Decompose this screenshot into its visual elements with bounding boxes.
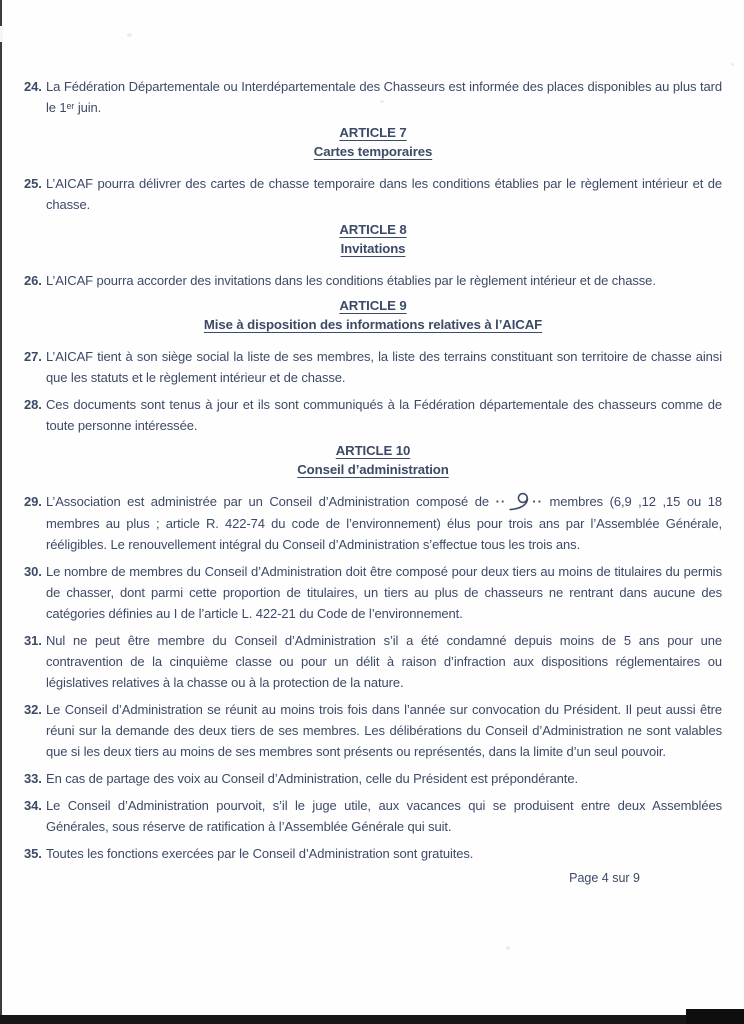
item-number: 33.	[24, 768, 45, 789]
item-number: 25.	[24, 173, 45, 215]
article-title: ARTICLE 8	[24, 221, 722, 240]
list-item: 26. L’AICAF pourra accorder des invitati…	[24, 270, 722, 291]
article-subtitle: Cartes temporaires	[24, 143, 722, 162]
list-item: 28. Ces documents sont tenus à jour et i…	[24, 394, 722, 436]
article-heading: ARTICLE 9 Mise à disposition des informa…	[24, 297, 722, 334]
item-text: L’AICAF pourra accorder des invitations …	[45, 270, 722, 291]
item-number: 27.	[24, 346, 45, 388]
list-item: 27. L’AICAF tient à son siège social la …	[24, 346, 722, 388]
item-number: 26.	[24, 270, 45, 291]
article-subtitle: Conseil d’administration	[24, 461, 722, 480]
list-item: 31. Nul ne peut être membre du Conseil d…	[24, 630, 722, 693]
item-number: 28.	[24, 394, 45, 436]
item-text: L’AICAF pourra délivrer des cartes de ch…	[45, 173, 722, 215]
item-number: 34.	[24, 795, 45, 837]
article-title: ARTICLE 10	[24, 442, 722, 461]
item-number: 30.	[24, 561, 45, 624]
article-title: ARTICLE 9	[24, 297, 722, 316]
dotted-line: ··	[496, 494, 507, 509]
article-heading: ARTICLE 7 Cartes temporaires	[24, 124, 722, 161]
scan-artifact-bottom-bar-right	[686, 1009, 744, 1024]
article-subtitle: Mise à disposition des informations rela…	[24, 316, 722, 335]
article-heading: ARTICLE 8 Invitations	[24, 221, 722, 258]
item-text: Ces documents sont tenus à jour et ils s…	[45, 394, 722, 436]
article-subtitle: Invitations	[24, 240, 722, 259]
list-item: 25. L’AICAF pourra délivrer des cartes d…	[24, 173, 722, 215]
list-item: 24. La Fédération Départementale ou Inte…	[24, 76, 722, 118]
item-text: En cas de partage des voix au Conseil d’…	[45, 768, 722, 789]
scan-speck	[506, 946, 510, 950]
item-number: 35.	[24, 843, 45, 864]
handwritten-nine-icon	[507, 491, 531, 513]
item-text: Le Conseil d’Administration pourvoit, s’…	[45, 795, 722, 837]
scanned-document-page: 24. La Fédération Départementale ou Inte…	[0, 0, 744, 1024]
item-text: L’Association est administrée par un Con…	[45, 491, 722, 555]
list-item: 29. L’Association est administrée par un…	[24, 491, 722, 555]
item-text: Nul ne peut être membre du Conseil d’Adm…	[45, 630, 722, 693]
scan-artifact-left-notch	[0, 26, 3, 42]
page-footer: Page 4 sur 9	[0, 870, 744, 886]
list-item: 32. Le Conseil d’Administration se réuni…	[24, 699, 722, 762]
list-item: 34. Le Conseil d’Administration pourvoit…	[24, 795, 722, 837]
list-item: 30. Le nombre de membres du Conseil d’Ad…	[24, 561, 722, 624]
item-text: La Fédération Départementale ou Interdép…	[45, 76, 722, 118]
scan-artifact-bottom-bar	[0, 1015, 744, 1024]
document-body: 24. La Fédération Départementale ou Inte…	[0, 0, 744, 864]
item-number: 31.	[24, 630, 45, 693]
item-number: 32.	[24, 699, 45, 762]
scan-speck	[731, 63, 734, 66]
item-number: 29.	[24, 491, 45, 555]
list-item: 35. Toutes les fonctions exercées par le…	[24, 843, 722, 864]
item-number: 24.	[24, 76, 45, 118]
handwritten-annotation: ····	[496, 491, 543, 513]
dotted-line: ··	[532, 494, 543, 509]
item-text: L’AICAF tient à son siège social la list…	[45, 346, 722, 388]
list-item: 33. En cas de partage des voix au Consei…	[24, 768, 722, 789]
item-text: Le nombre de membres du Conseil d’Admini…	[45, 561, 722, 624]
scan-artifact-left-edge	[0, 0, 2, 1018]
article-heading: ARTICLE 10 Conseil d’administration	[24, 442, 722, 479]
scan-speck	[380, 100, 384, 103]
item-text: Toutes les fonctions exercées par le Con…	[45, 843, 722, 864]
item-text: Le Conseil d’Administration se réunit au…	[45, 699, 722, 762]
scan-speck	[127, 33, 132, 37]
article-title: ARTICLE 7	[24, 124, 722, 143]
